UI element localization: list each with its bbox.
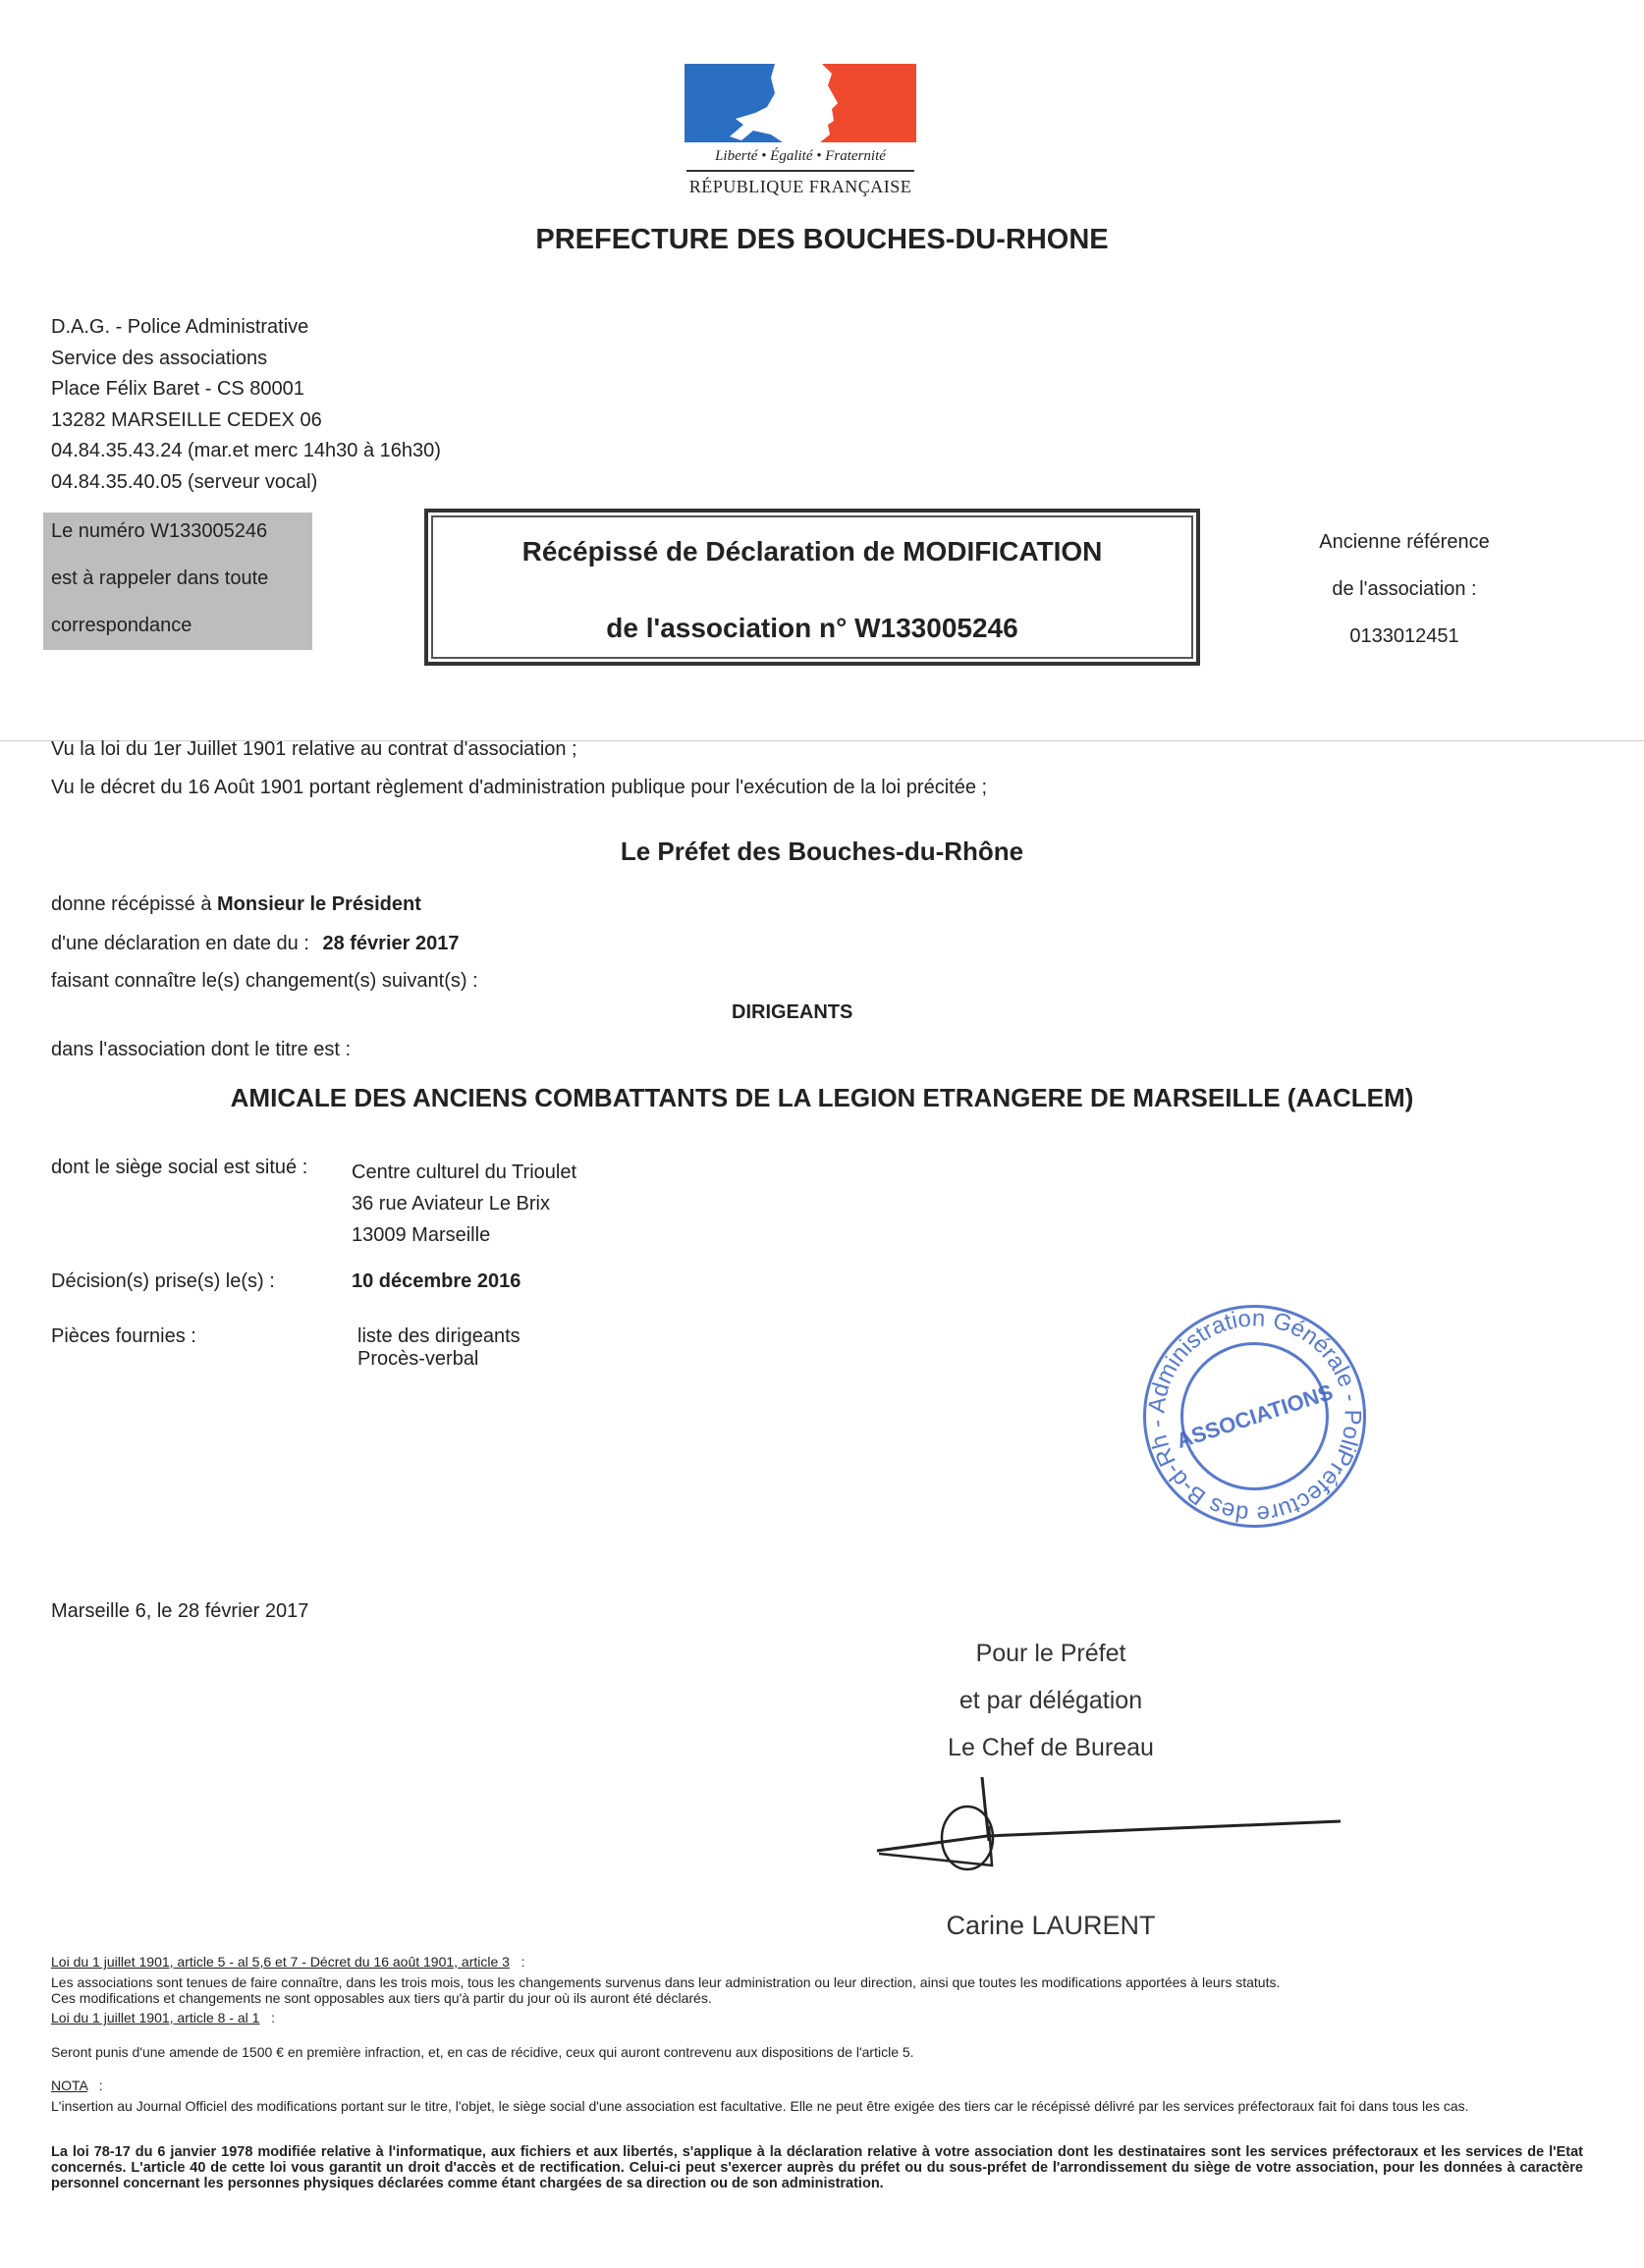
nota-text: L'insertion au Journal Officiel des modi…: [51, 2098, 1583, 2114]
reminder-line: correspondance: [51, 615, 192, 637]
address-line: Service des associations: [51, 344, 441, 375]
address-line: 13282 MARSEILLE CEDEX 06: [51, 405, 441, 437]
old-reference-label: Ancienne référence: [1277, 518, 1532, 566]
signature-line: Pour le Préfet: [884, 1630, 1218, 1677]
legal-text: Seront punis d'une amende de 1500 € en p…: [51, 2044, 1583, 2060]
associations-stamp-icon: Préfecture des B-d-Rh - Administration G…: [1134, 1296, 1375, 1537]
old-reference: Ancienne référence de l'association : 01…: [1277, 518, 1532, 660]
signature-line: Le Chef de Bureau: [884, 1724, 1218, 1771]
legal-text: Les associations sont tenues de faire co…: [51, 1974, 1583, 1990]
republique-label: RÉPUBLIQUE FRANÇAISE: [685, 177, 916, 197]
reference-reminder-box: Le numéro W133005246 est à rappeler dans…: [43, 513, 312, 650]
marianne-logo-icon: [685, 64, 916, 142]
republique-francaise-logo: Liberté • Égalité • Fraternité RÉPUBLIQU…: [685, 64, 916, 206]
document-title: Récépissé de Déclaration de MODIFICATION: [428, 536, 1196, 567]
phone-line: 04.84.35.40.05 (serveur vocal): [51, 467, 441, 499]
handwritten-signature-icon: [869, 1767, 1341, 1875]
changes-label: faisant connaître le(s) changement(s) su…: [51, 970, 478, 993]
considerant: Vu le décret du 16 Août 1901 portant règ…: [51, 777, 987, 799]
association-title: AMICALE DES ANCIENS COMBATTANTS DE LA LE…: [0, 1083, 1644, 1113]
siege-address: Centre culturel du Trioulet 36 rue Aviat…: [352, 1157, 576, 1251]
phone-line: 04.84.35.43.24 (mar.et merc 14h30 à 16h3…: [51, 436, 441, 467]
pieces-list: liste des dirigeants Procès-verbal: [357, 1325, 521, 1371]
declaration-date-line: d'une déclaration en date du : 28 févrie…: [51, 933, 459, 955]
recipient-line: donne récépissé à Monsieur le Président: [51, 893, 421, 916]
legal-ref-link: Loi du 1 juillet 1901, article 8 - al 1: [51, 2010, 259, 2025]
old-reference-label: de l'association :: [1277, 566, 1532, 613]
address-line: D.A.G. - Police Administrative: [51, 312, 441, 344]
changes-value: DIRIGEANTS: [732, 1001, 852, 1024]
decision-label: Décision(s) prise(s) le(s) :: [51, 1270, 275, 1293]
nota-suffix: :: [87, 2078, 103, 2093]
legal-ref-1: Loi du 1 juillet 1901, article 5 - al 5,…: [51, 1954, 1583, 1970]
nota: NOTA :: [51, 2078, 1583, 2093]
legal-ref-suffix: :: [510, 1954, 525, 1970]
document-title-box: Récépissé de Déclaration de MODIFICATION…: [424, 509, 1200, 666]
nota-label: NOTA: [51, 2078, 87, 2093]
pieces-label: Pièces fournies :: [51, 1325, 196, 1348]
title-label: dans l'association dont le titre est :: [51, 1039, 351, 1061]
motto: Liberté • Égalité • Fraternité: [685, 148, 916, 165]
prefet-heading: Le Préfet des Bouches-du-Rhône: [0, 837, 1644, 867]
old-reference-value: 0133012451: [1277, 613, 1532, 660]
stamp-center-text: ASSOCIATIONS: [1174, 1379, 1336, 1453]
considerant: Vu la loi du 1er Juillet 1901 relative a…: [51, 738, 577, 761]
association-number: de l'association n° W133005246: [428, 613, 1196, 644]
piece-item: Procès-verbal: [357, 1348, 521, 1371]
recipient-label: donne récépissé à: [51, 893, 217, 915]
signer-name: Carine LAURENT: [884, 1911, 1218, 1941]
siege-address-line: 36 rue Aviateur Le Brix: [352, 1188, 576, 1219]
reminder-line: est à rappeler dans toute: [51, 567, 268, 590]
place-date: Marseille 6, le 28 février 2017: [51, 1600, 308, 1623]
siege-address-line: Centre culturel du Trioulet: [352, 1157, 576, 1188]
divider: [686, 170, 914, 172]
service-address: D.A.G. - Police Administrative Service d…: [51, 312, 441, 498]
legal-text: Ces modifications et changements ne sont…: [51, 1990, 1583, 2006]
signature-line: et par délégation: [884, 1677, 1218, 1724]
piece-item: liste des dirigeants: [357, 1325, 521, 1348]
declaration-label: d'une déclaration en date du :: [51, 933, 314, 954]
cnil-text: La loi 78-17 du 6 janvier 1978 modifiée …: [51, 2144, 1583, 2191]
address-line: Place Félix Baret - CS 80001: [51, 374, 441, 405]
legal-ref-link: Loi du 1 juillet 1901, article 5 - al 5,…: [51, 1954, 510, 1970]
signature-block: Pour le Préfet et par délégation Le Chef…: [884, 1630, 1218, 1771]
decision-date: 10 décembre 2016: [352, 1270, 521, 1293]
recipient: Monsieur le Président: [217, 893, 421, 915]
legal-ref-suffix: :: [259, 2010, 275, 2025]
siege-address-line: 13009 Marseille: [352, 1219, 576, 1251]
legal-ref-2: Loi du 1 juillet 1901, article 8 - al 1 …: [51, 2010, 1583, 2025]
prefecture-title: PREFECTURE DES BOUCHES-DU-RHONE: [0, 224, 1644, 256]
reminder-line: Le numéro W133005246: [51, 520, 267, 543]
siege-label: dont le siège social est situé :: [51, 1157, 307, 1179]
declaration-date: 28 février 2017: [322, 933, 459, 954]
